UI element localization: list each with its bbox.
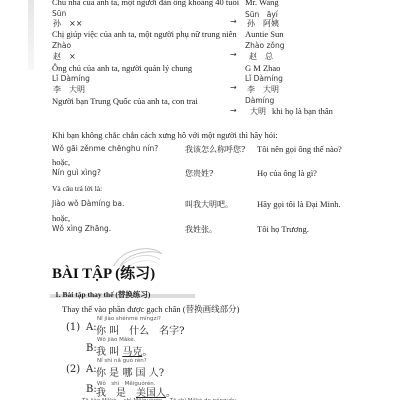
or-text: hoặc, bbox=[52, 157, 70, 167]
q2-pinyin: Nín guì xìng? bbox=[52, 168, 101, 177]
a2-vietnamese: Tôi họ Trương. bbox=[257, 224, 309, 234]
hanzi-zhao-x: 赵 × bbox=[53, 51, 76, 62]
q1-hanzi: 我该怎么称呼您? bbox=[185, 144, 245, 155]
q2-vietnamese: Họ của ông là gì? bbox=[257, 168, 317, 178]
arrow-icon: → bbox=[230, 83, 237, 92]
item1-a-label: A: bbox=[86, 322, 97, 333]
arrow-icon: → bbox=[230, 106, 237, 115]
pinyin-li-daming: Lǐ Dàmíng bbox=[52, 74, 90, 83]
arrow-icon: → bbox=[230, 50, 237, 59]
row-result-mr-wang: Mr. Wang bbox=[245, 0, 279, 7]
item1-b-answer: 我 叫 马克。 bbox=[96, 343, 152, 358]
item2-number: (2) bbox=[66, 364, 80, 375]
exercise-instruction: Thay thế vào phần được gạch chân (替换画线部分… bbox=[62, 303, 239, 315]
asking-intro: Khi bạn không chắc chắn cách xưng hô với… bbox=[52, 130, 278, 140]
arrow-icon: → bbox=[230, 17, 237, 26]
pinyin-sun: Sūn bbox=[52, 9, 66, 18]
exercise-subheading: 1. Bài tập thay thế (替换练习) bbox=[55, 289, 150, 300]
hanzi-zhao-zong: 赵 总 bbox=[249, 51, 273, 62]
q1-vietnamese: Tôi nên gọi ông thế nào? bbox=[257, 144, 342, 154]
pinyin-li-daming-right: Lǐ Dàmíng bbox=[245, 74, 283, 83]
note-close-friends: khi họ là bạn thân bbox=[272, 106, 333, 116]
hanzi-sun-ayi: 孙 阿姨 bbox=[247, 18, 279, 29]
a1-hanzi: 叫我大明吧。 bbox=[185, 199, 233, 210]
a1-pinyin: Jiào wǒ Dàmíng ba. bbox=[52, 199, 124, 208]
row-result-gm-zhao: G M Zhao bbox=[245, 63, 280, 73]
q1-pinyin: Wǒ gāi zěnme chēnghu nín? bbox=[52, 144, 158, 153]
trailing-pinyin: Tā jiào Mǎkè, shì Měiguórén. Tā shì Mǎkè… bbox=[82, 396, 238, 400]
or-text: hoặc, bbox=[52, 213, 70, 223]
row-result-auntie-sun: Auntie Sun bbox=[245, 29, 284, 39]
pinyin-zhao-zong: Zhào zǒng bbox=[245, 41, 285, 50]
hanzi-sun-xx: 孙 ×× bbox=[53, 18, 82, 29]
hanzi-daming: 大明 bbox=[250, 106, 266, 117]
row-desc-boss: Ông chủ của anh ta, người quản lý chung bbox=[52, 63, 192, 73]
item1-b-end: 。 bbox=[142, 347, 152, 358]
a2-hanzi: 我姓张。 bbox=[185, 224, 217, 235]
row-desc-maid: Chị giúp việc của anh ta, một người phụ … bbox=[52, 29, 237, 39]
item1-number: (1) bbox=[66, 322, 80, 333]
q2-hanzi: 您贵姓? bbox=[185, 168, 213, 179]
item1-b-text: 我 叫 bbox=[96, 347, 122, 358]
a1-vietnamese: Hãy gọi tôi là Đại Minh. bbox=[257, 199, 341, 209]
item1-underlined-word: 马克 bbox=[122, 347, 142, 358]
a2-pinyin: Wǒ xìng Zhāng. bbox=[52, 224, 111, 233]
answer-intro: Và câu trả lời là: bbox=[52, 184, 102, 193]
item2-a-text: 你 是 哪 国 人? bbox=[96, 364, 164, 379]
item2-a-label: A: bbox=[86, 364, 97, 375]
item1-a-text: 你 叫 什么 名字? bbox=[96, 322, 185, 337]
hanzi-li-daming-right: 李 大明 bbox=[247, 84, 279, 95]
page-spine-shadow bbox=[28, 0, 34, 70]
hanzi-li-daming: 李 大明 bbox=[53, 84, 85, 95]
exercise-heading: BÀI TẬP (练习) bbox=[52, 262, 155, 283]
row-desc-friend: Người bạn Trung Quốc của anh ta, con tra… bbox=[52, 96, 198, 106]
pinyin-daming: Dàmíng bbox=[245, 96, 274, 105]
row-desc-landlord: Chủ nhà của anh ta, một người đàn ông kh… bbox=[52, 0, 239, 7]
pinyin-zhao: Zhào bbox=[52, 41, 71, 50]
